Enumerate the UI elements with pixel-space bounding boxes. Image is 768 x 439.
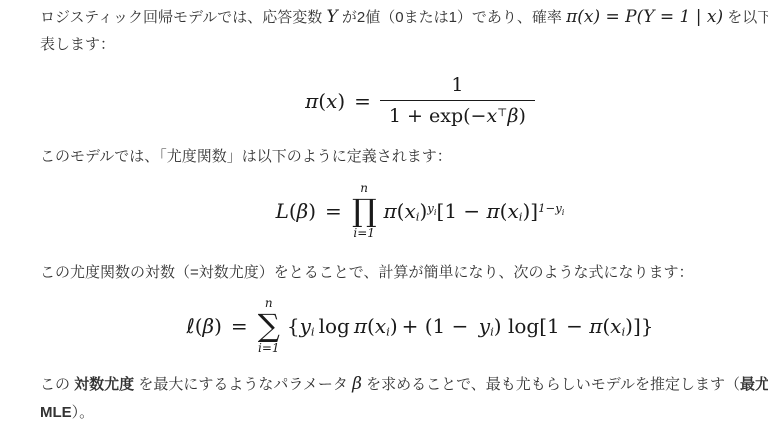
math-y: y [479,314,490,338]
bold-log-likelihood-term: 対数尤度 [74,376,134,393]
sum-symbol: ∑ [258,311,280,342]
sum-lower-limit: i=1 [258,342,280,356]
math-x: x [375,314,386,338]
bracket-close: ] [530,199,538,223]
paren-close: ) [214,314,222,338]
f2-left-side: L(β)= [276,199,351,223]
sum-operator: n∑i=1 [258,297,280,356]
product-symbol: ∏ [352,196,377,227]
math-ell: ℓ [186,314,194,338]
p1-text-2: が2値（0または1）であり、確率 [338,9,566,26]
math-beta: β [508,105,519,127]
paren-close: ) [308,199,316,223]
p1-text-1: ロジスティック回帰モデルでは、応答変数 [40,9,326,26]
math-x: x [404,199,415,223]
formula-logistic-function: π(x)=11 + exp(−x⊤β) [0,74,768,127]
math-pi: π [487,199,500,223]
transpose-symbol: ⊤ [497,106,507,119]
math-pi: π [305,89,318,113]
plus-one-minus-term: + (1 − [402,314,475,338]
math-x: x [507,199,518,223]
paren-close-term: ) [494,314,508,338]
subscript-i: i [311,325,315,339]
equals-sign: = [354,89,371,113]
f1-left-side: π(x)= [305,89,380,113]
p4-text-2: を最大にするようなパラメータ [134,376,352,393]
document-page: ロジスティック回帰モデルでは、応答変数 Y が2値（0または1）であり、確率 π… [0,0,768,439]
f2-right-side: π(xi)yi[1 − π(xi)]1−yi [384,199,565,224]
paren-close: ) [337,89,345,113]
paragraph-1-line-2: 表します： [40,34,115,55]
math-var-Y: Y [326,7,337,27]
math-pi: π [589,314,602,338]
math-x: x [326,89,337,113]
log-function: log [319,314,350,338]
math-beta: β [352,374,362,394]
p4-text-1: この [40,376,74,393]
bracket-brace-close: ]} [633,314,654,338]
math-L: L [276,199,289,223]
math-pi: π [354,314,367,338]
paragraph-4-line-2: MLE）。 [40,402,94,423]
exponent-one-minus-yi: 1−yi [538,201,564,215]
bold-mle-abbreviation: MLE [40,404,72,421]
math-x: x [610,314,621,338]
math-probability-expression: π(x) = P(Y = 1 | x) [566,7,723,27]
math-x: x [486,105,497,127]
product-operator: n∏i=1 [352,182,377,241]
fraction: 11 + exp(−x⊤β) [380,74,535,127]
fraction-numerator: 1 [447,74,467,100]
subscript-i: i [562,207,565,217]
p4-line2-rest: ）。 [72,404,95,421]
paren-close: ) [519,105,526,127]
math-beta: β [297,199,309,223]
f3-right-side: {yilogπ(xi)+ (1 − yi) log[1 − π(xi)]} [287,314,654,339]
math-pi: π [384,199,397,223]
bold-mle-term: 最尤推定法： [740,376,768,393]
bracket-open-term: [1 − [539,314,589,338]
exponent-yi: yi [427,201,436,215]
f3-left-side: ℓ(β)= [186,314,256,338]
math-y: y [300,314,311,338]
paren-close: ) [625,314,633,338]
paren-open: ( [602,314,610,338]
paren-open: ( [289,199,297,223]
den-text: 1 + exp(− [389,105,487,127]
brace-open: { [287,314,300,338]
paren-open: ( [318,89,326,113]
p4-text-3: を求めることで、最も尤もらしいモデルを推定します（ [362,376,740,393]
paragraph-1-line-1: ロジスティック回帰モデルでは、応答変数 Y が2値（0または1）であり、確率 π… [40,7,768,28]
exponent-text: 1−y [538,201,562,215]
equals-sign: = [325,199,342,223]
paren-open: ( [367,314,375,338]
paragraph-2: このモデルでは、「尤度関数」は以下のように定義されます： [40,146,452,167]
formula-log-likelihood: ℓ(β)=n∑i=1{yilogπ(xi)+ (1 − yi) log[1 − … [0,297,768,356]
bracket-open-term: [1 − [437,199,487,223]
product-lower-limit: i=1 [353,227,375,241]
log-function: log [508,314,539,338]
formula-likelihood-function: L(β)=n∏i=1π(xi)yi[1 − π(xi)]1−yi [0,182,768,241]
p1-text-3: を以下のように [723,9,768,26]
equals-sign: = [231,314,248,338]
math-beta: β [203,314,215,338]
paragraph-4-line-1: この 対数尤度 を最大にするようなパラメータ β を求めることで、最も尤もらしい… [40,374,768,395]
paren-open: ( [195,314,203,338]
paragraph-3: この尤度関数の対数（=対数尤度）をとることで、計算が簡単になり、次のような式にな… [40,262,693,283]
paren-close: ) [390,314,398,338]
fraction-denominator: 1 + exp(−x⊤β) [380,100,535,127]
